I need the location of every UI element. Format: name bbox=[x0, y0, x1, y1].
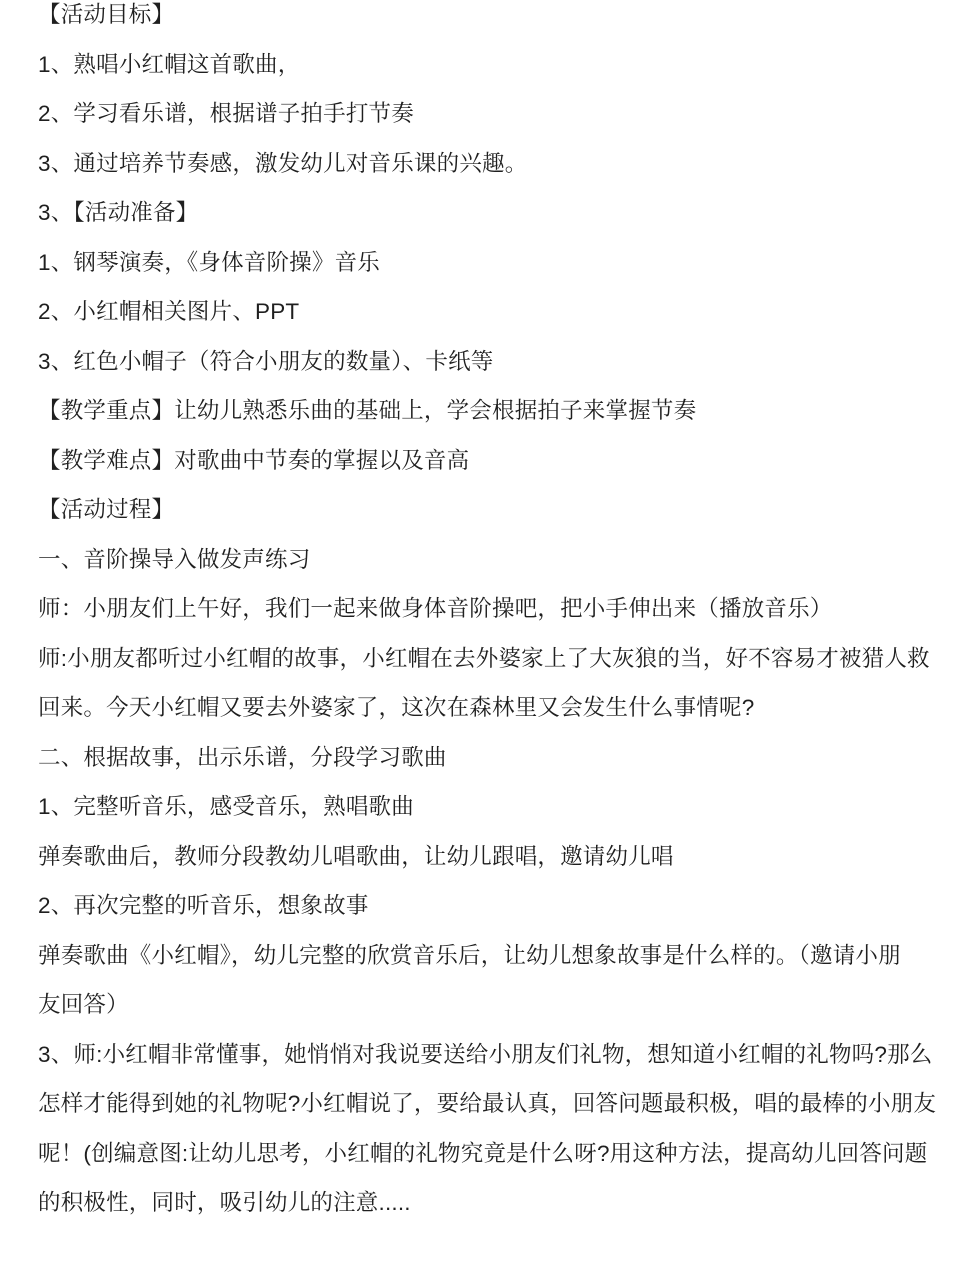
text-line: 3、红色小帽子（符合小朋友的数量）、卡纸等 bbox=[38, 337, 933, 387]
text-line: 2、小红帽相关图片、PPT bbox=[38, 287, 933, 337]
text-line: 二、根据故事，出示乐谱，分段学习歌曲 bbox=[38, 733, 933, 783]
section-heading-teaching-difficulty: 【教学难点】对歌曲中节奏的掌握以及音高 bbox=[38, 436, 933, 486]
text-line: 1、钢琴演奏，《身体音阶操》音乐 bbox=[38, 238, 933, 288]
text-line: 1、熟唱小红帽这首歌曲， bbox=[38, 40, 933, 90]
section-heading-teaching-focus: 【教学重点】让幼儿熟悉乐曲的基础上，学会根据拍子来掌握节奏 bbox=[38, 386, 933, 436]
text-line: 的积极性，同时，吸引幼儿的注意..... bbox=[38, 1178, 933, 1228]
text-line: 2、学习看乐谱，根据谱子拍手打节奏 bbox=[38, 89, 933, 139]
text-line: 1、完整听音乐，感受音乐，熟唱歌曲 bbox=[38, 782, 933, 832]
section-heading-activity-process: 【活动过程】 bbox=[38, 485, 933, 535]
text-line: 3、通过培养节奏感，激发幼儿对音乐课的兴趣。 bbox=[38, 139, 933, 189]
text-line: 师:小朋友都听过小红帽的故事，小红帽在去外婆家上了大灰狼的当，好不容易才被猎人救 bbox=[38, 634, 933, 684]
text-line: 师：小朋友们上午好，我们一起来做身体音阶操吧，把小手伸出来（播放音乐） bbox=[38, 584, 933, 634]
text-line: 弹奏歌曲后，教师分段教幼儿唱歌曲，让幼儿跟唱，邀请幼儿唱 bbox=[38, 832, 933, 882]
text-line: 一、音阶操导入做发声练习 bbox=[38, 535, 933, 585]
text-line: 弹奏歌曲《小红帽》，幼儿完整的欣赏音乐后，让幼儿想象故事是什么样的。（邀请小朋 bbox=[38, 931, 933, 981]
text-line: 呢！(创编意图:让幼儿思考，小红帽的礼物究竟是什么呀?用这种方法，提高幼儿回答问… bbox=[38, 1129, 933, 1179]
text-line: 怎样才能得到她的礼物呢?小红帽说了，要给最认真，回答问题最积极，唱的最棒的小朋友 bbox=[38, 1079, 933, 1129]
section-heading-activity-preparation: 3、【活动准备】 bbox=[38, 188, 933, 238]
section-heading-activity-goals: 【活动目标】 bbox=[38, 0, 933, 40]
document-body: 【活动目标】 1、熟唱小红帽这首歌曲， 2、学习看乐谱，根据谱子拍手打节奏 3、… bbox=[38, 0, 933, 1228]
text-line: 回来。今天小红帽又要去外婆家了，这次在森林里又会发生什么事情呢? bbox=[38, 683, 933, 733]
document-page: 【活动目标】 1、熟唱小红帽这首歌曲， 2、学习看乐谱，根据谱子拍手打节奏 3、… bbox=[0, 0, 961, 1280]
text-line: 3、师:小红帽非常懂事，她悄悄对我说要送给小朋友们礼物，想知道小红帽的礼物吗?那… bbox=[38, 1030, 933, 1080]
text-line: 友回答） bbox=[38, 980, 933, 1030]
text-line: 2、再次完整的听音乐，想象故事 bbox=[38, 881, 933, 931]
